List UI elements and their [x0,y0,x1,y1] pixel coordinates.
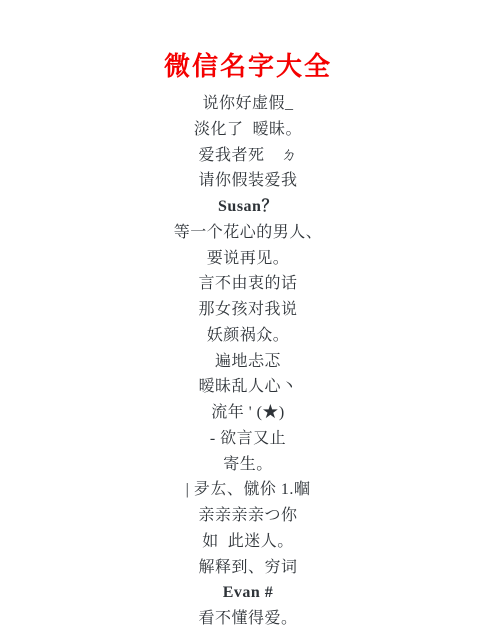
name-list-item: - 欲言又止 [0,426,496,452]
name-list-item: 亲亲亲亲つ你 [0,503,496,529]
name-list-item: 说你好虚假_ [0,91,496,117]
name-list-item: Susan？ [0,194,496,220]
name-list-item: 看不懂得爱。 [0,606,496,631]
name-list-item: 言不由衷的话 [0,271,496,297]
page-title: 微信名字大全 [0,50,496,82]
name-list-item: 遍地忐忑 [0,349,496,375]
name-list-item: 解释到、穷词 [0,555,496,581]
name-list-item: 等一个花心的男人、 [0,220,496,246]
name-list-item: 如 此迷人。 [0,529,496,555]
name-list-item: 寄生。 [0,452,496,478]
name-list-item: 暧昧乱人心丶 [0,374,496,400]
name-list-item: 要说再见。 [0,246,496,272]
name-list-item: 那女孩对我说 [0,297,496,323]
name-list-item: | 夛厷、僦伱 1.嗰 [0,477,496,503]
document-content: 微信名字大全 说你好虚假_淡化了 暧昧。爱我者死 ㄉ请你假装爱我Susan？等一… [0,0,496,631]
name-list: 说你好虚假_淡化了 暧昧。爱我者死 ㄉ请你假装爱我Susan？等一个花心的男人、… [0,91,496,631]
name-list-item: 妖颜祸众。 [0,323,496,349]
name-list-item: 爱我者死 ㄉ [0,143,496,169]
name-list-item: 淡化了 暧昧。 [0,117,496,143]
name-list-item: Evan # [0,580,496,606]
document-page: 微信名字大全 说你好虚假_淡化了 暧昧。爱我者死 ㄉ请你假装爱我Susan？等一… [0,0,496,631]
name-list-item: 请你假装爱我 [0,168,496,194]
name-list-item: 流年 ' (★) [0,400,496,426]
